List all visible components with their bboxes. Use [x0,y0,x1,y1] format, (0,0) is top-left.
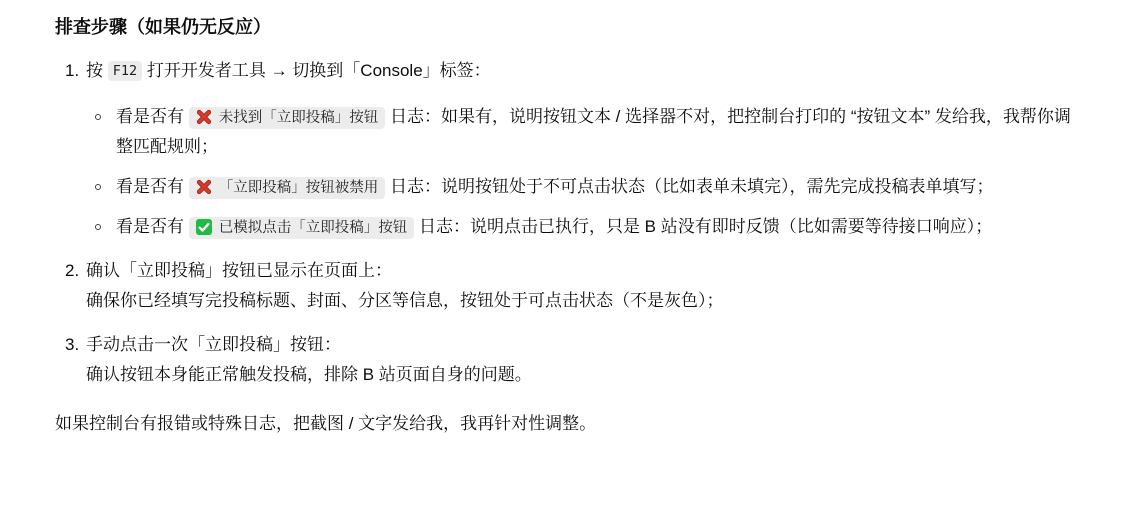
step-2: 2. 确认「立即投稿」按钮已显示在页面上： 确保你已经填写完投稿标题、封面、分区… [55,256,1087,316]
check-text-prefix: 看是否有 [116,217,189,236]
step-number: 1. [65,56,81,242]
check-mark-icon [196,219,212,235]
check-item-not-found: 看是否有 未找到「立即投稿」按钮 日志：如果有，说明按钮文本 / 选择器不对，把… [86,102,1087,162]
step-2-line-1: 确认「立即投稿」按钮已显示在页面上： [86,256,1087,286]
check-text-suffix: 日志：说明点击已执行，只是 B 站没有即时反馈（比如需要等待接口响应）； [414,217,992,236]
step-3-line-1: 手动点击一次「立即投稿」按钮： [86,330,1087,360]
step-1: 1. 按 F12 打开开发者工具 → 切换到「Console」标签： 看是否有 … [55,56,1087,242]
step-1-text-suffix: 打开开发者工具 → 切换到「Console」标签： [142,61,491,80]
footer-note: 如果控制台有报错或特殊日志，把截图 / 文字发给我，我再针对性调整。 [55,409,1087,439]
step-number: 2. [65,256,81,316]
check-text-suffix: 日志：说明按钮处于不可点击状态（比如表单未填完），需先完成投稿表单填写； [385,177,993,196]
step-3: 3. 手动点击一次「立即投稿」按钮： 确认按钮本身能正常触发投稿，排除 B 站页… [55,330,1087,390]
log-badge-not-found: 未找到「立即投稿」按钮 [189,107,386,129]
circle-bullet-icon [95,114,101,120]
step-3-line-2: 确认按钮本身能正常触发投稿，排除 B 站页面自身的问题。 [86,360,1087,390]
log-badge-text: 「立即投稿」按钮被禁用 [219,180,379,196]
f12-key-badge: F12 [108,61,142,81]
step-number: 3. [65,330,81,390]
log-badge-text: 已模拟点击「立即投稿」按钮 [219,220,408,236]
steps-list: 1. 按 F12 打开开发者工具 → 切换到「Console」标签： 看是否有 … [55,56,1087,390]
check-item-click-simulated: 看是否有 已模拟点击「立即投稿」按钮 日志：说明点击已执行，只是 B 站没有即时… [86,212,1087,242]
section-heading: 排查步骤（如果仍无反应） [55,14,1087,40]
circle-bullet-icon [95,184,101,190]
check-text-prefix: 看是否有 [116,107,189,126]
cross-mark-icon [196,109,212,125]
step-2-line-2: 确保你已经填写完投稿标题、封面、分区等信息，按钮处于可点击状态（不是灰色）； [86,286,1087,316]
step-1-text-prefix: 按 [86,61,108,80]
check-item-disabled: 看是否有 「立即投稿」按钮被禁用 日志：说明按钮处于不可点击状态（比如表单未填完… [86,172,1087,202]
circle-bullet-icon [95,224,101,230]
step-1-intro: 按 F12 打开开发者工具 → 切换到「Console」标签： [86,56,1087,86]
log-badge-disabled: 「立即投稿」按钮被禁用 [189,177,386,199]
troubleshooting-document: 排查步骤（如果仍无反应） 1. 按 F12 打开开发者工具 → 切换到「Cons… [0,0,1130,439]
log-badge-click-simulated: 已模拟点击「立即投稿」按钮 [189,217,415,239]
log-badge-text: 未找到「立即投稿」按钮 [219,110,379,126]
cross-mark-icon [196,179,212,195]
check-text-prefix: 看是否有 [116,177,189,196]
console-checks-list: 看是否有 未找到「立即投稿」按钮 日志：如果有，说明按钮文本 / 选择器不对，把… [86,102,1087,242]
